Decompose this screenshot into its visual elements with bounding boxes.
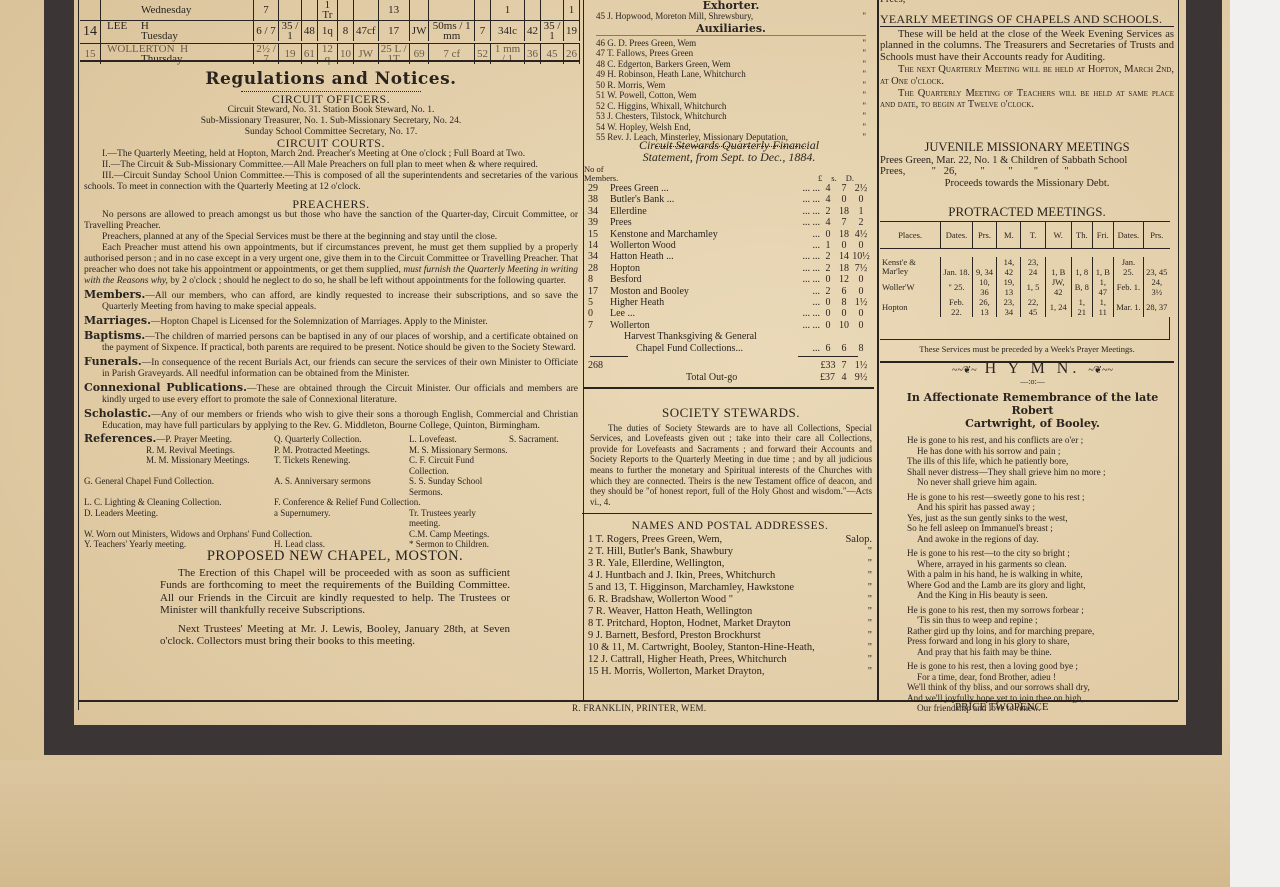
plan-cell: 48 bbox=[301, 21, 317, 42]
protracted-table: Places. Dates. Prs. M. T. W. Th. Fri. Da… bbox=[880, 221, 1170, 340]
hymn-line: Yes, just as the sun gently sinks to the… bbox=[907, 513, 1170, 524]
notice-baptisms: Baptisms.—The children of married person… bbox=[84, 330, 578, 354]
hymn-line: Where, arrayed in his garments so clean. bbox=[907, 559, 1170, 570]
column-header: Places. bbox=[880, 222, 941, 249]
financial-row: 15Kenstone and Marchamley...0184½ bbox=[584, 229, 874, 240]
printer-credit: R. FRANKLIN, PRINTER, WEM. bbox=[572, 703, 706, 714]
references-legend: References.—P. Prayer Meeting. Q. Quarte… bbox=[84, 434, 578, 550]
hymn-line: No never shall grieve him again. bbox=[907, 477, 1170, 488]
pence-header: D. bbox=[846, 174, 854, 183]
plan-cell: 50ms / 1 mm bbox=[429, 21, 475, 42]
list-item: 49 H. Robinson, Heath Lane, Whitchurch" bbox=[596, 69, 866, 80]
hymn-stanza: He is gone to his rest, and his conflict… bbox=[907, 435, 1170, 488]
decorative-border-right bbox=[1186, 0, 1222, 755]
prees-line: Prees, " " bbox=[880, 0, 1174, 6]
financial-row: 7Wollerton... ...0100 bbox=[584, 320, 874, 331]
court-item: II.—The Circuit & Sub-Missionary Committ… bbox=[84, 160, 578, 171]
plan-cell: 1 bbox=[563, 0, 579, 21]
section-title: Regulations and Notices. bbox=[84, 74, 578, 85]
members-label: No of Members. bbox=[584, 165, 624, 183]
row-number bbox=[80, 0, 101, 21]
financial-statement: Circuit Stewards Quarterly Financial Sta… bbox=[584, 140, 874, 389]
court-item: I.—The Quarterly Meeting, held at Hopton… bbox=[84, 149, 578, 160]
column-header: W. bbox=[1045, 222, 1071, 249]
day-cell: Wednesday bbox=[101, 0, 254, 21]
society-stewards-heading: SOCIETY STEWARDS. bbox=[590, 408, 872, 419]
financial-row: 0Lee ...... ...000 bbox=[584, 308, 874, 319]
proposed-chapel-heading: PROPOSED NEW CHAPEL, MOSTON. bbox=[160, 550, 510, 562]
hymn-line: And the King in His beauty is seen. bbox=[907, 590, 1170, 601]
yearly-paragraph: These will be held at the close of the W… bbox=[880, 29, 1174, 64]
preachers-heading: PREACHERS. bbox=[84, 199, 578, 210]
quarterly-meeting-paragraph: The next Quarterly Meeting will be held … bbox=[880, 64, 1174, 88]
column-header: Th. bbox=[1071, 222, 1092, 249]
preachers-paragraph: Each Preacher must attend his own appoin… bbox=[84, 243, 578, 287]
plan-cell: 6 / 7 bbox=[254, 21, 279, 42]
address-item: 9 J. Barnett, Besford, Preston Brockhurs… bbox=[588, 630, 872, 642]
hymn-subtitle: In Affectionate Remembrance of the late … bbox=[895, 391, 1170, 417]
hymn-line: 'Tis sin thus to weep and repine ; bbox=[907, 615, 1170, 626]
plan-cell bbox=[475, 0, 491, 21]
plan-cell bbox=[541, 0, 564, 21]
hymn-line: Rather gird up thy loins, and for marchi… bbox=[907, 626, 1170, 637]
list-item: 47 T. Fallows, Prees Green" bbox=[596, 48, 866, 59]
list-item: 52 C. Higgins, Whixall, Whitchurch" bbox=[596, 101, 866, 112]
officer-line: Circuit Steward, No. 31. Station Book St… bbox=[84, 105, 578, 116]
place-name: LEE HTuesday bbox=[101, 21, 254, 42]
torn-edge bbox=[1230, 0, 1280, 887]
address-item: 4 J. Huntbach and J. Ikin, Prees, Whitch… bbox=[588, 570, 872, 582]
column-header: Fri. bbox=[1092, 222, 1113, 249]
list-item: 48 C. Edgerton, Barkers Green, Wem" bbox=[596, 59, 866, 70]
notice-funerals: Funerals.—In consequence of the recent B… bbox=[84, 356, 578, 380]
column-header: Dates. bbox=[1113, 222, 1143, 249]
exhorter-section: Exhorter. 45 J. Hopwood, Moreton Mill, S… bbox=[596, 0, 866, 150]
hymn-line: Where God and the Lamb are its glory and… bbox=[907, 580, 1170, 591]
financial-row: 17Moston and Booley...260 bbox=[584, 286, 874, 297]
hymn-line: He is gone to his rest—sweetly gone to h… bbox=[907, 492, 1170, 503]
officer-line: Sub-Missionary Treasurer, No. 1. Sub-Mis… bbox=[84, 116, 578, 127]
society-stewards-text: The duties of Society Stewards are to ha… bbox=[590, 423, 872, 508]
juvenile-line: Proceeds towards the Missionary Debt. bbox=[880, 178, 1174, 190]
hymn-subtitle: Cartwright, of Booley. bbox=[895, 417, 1170, 430]
hymn-line: And awoke in the regions of day. bbox=[907, 534, 1170, 545]
yearly-meetings-section: Prees, " " YEARLY MEETINGS OF CHAPELS AN… bbox=[880, 0, 1174, 111]
rule-line bbox=[1178, 0, 1179, 700]
decorative-border-bottom bbox=[44, 725, 1222, 755]
harvest-row: Chapel Fund Collections......668 bbox=[584, 343, 874, 354]
decorative-border-left bbox=[44, 0, 74, 755]
protracted-meetings-section: PROTRACTED MEETINGS. Places. Dates. Prs.… bbox=[880, 206, 1174, 363]
plan-cell: 42 bbox=[525, 21, 541, 42]
financial-row: 28Hopton... ...2187½ bbox=[584, 263, 874, 274]
address-item: 10 & 11, M. Cartwright, Booley, Stanton-… bbox=[588, 642, 872, 654]
plan-table: Wednesday 7 1 Tr 13 1 1 14 LEE HTuesday … bbox=[80, 0, 580, 62]
exhorter-heading: Exhorter. bbox=[596, 0, 866, 11]
column-header: Prs. bbox=[1144, 222, 1170, 249]
price-label: PRICE TWOPENCE bbox=[955, 702, 1049, 713]
rule-line bbox=[78, 0, 79, 710]
hymn-line: Press forward and long in his glory to s… bbox=[907, 636, 1170, 647]
column-header: T. bbox=[1021, 222, 1045, 249]
hymn-stanzas: He is gone to his rest, and his conflict… bbox=[895, 435, 1170, 714]
column-header: Dates. bbox=[941, 222, 972, 249]
hymn-line: We'll think of thy bliss, and our sorrow… bbox=[907, 682, 1170, 693]
yearly-meetings-heading: YEARLY MEETINGS OF CHAPELS AND SCHOOLS. bbox=[880, 14, 1174, 27]
financial-row: 29Prees Green ...... ...472½ bbox=[584, 183, 874, 194]
plan-cell: 47cf bbox=[353, 21, 378, 42]
teachers-meeting-paragraph: The Quarterly Meeting of Teachers will b… bbox=[880, 88, 1174, 112]
plan-cell bbox=[279, 0, 302, 21]
plan-cell: JW bbox=[409, 21, 429, 42]
total-outgo-row: Total Out-go£3749½ bbox=[584, 372, 874, 383]
financial-rows: 29Prees Green ...... ...472½38Butler's B… bbox=[584, 183, 874, 331]
plan-cell bbox=[525, 0, 541, 21]
juvenile-missionary-section: JUVENILE MISSIONARY MEETINGS Prees Green… bbox=[880, 142, 1174, 189]
table-row: Woller'W " 25.10, 3619, 13 1, 5JW, 42B, … bbox=[880, 277, 1170, 297]
hymn-line: He has done with his sorrow and pain ; bbox=[907, 446, 1170, 457]
address-item: 6. R. Bradshaw, Wollerton Wood "" bbox=[588, 594, 872, 606]
hymn-stanza: He is gone to his rest, then my sorrows … bbox=[907, 605, 1170, 658]
hymn-line: And pray that his faith may be thine. bbox=[907, 647, 1170, 658]
plan-cell bbox=[429, 0, 475, 21]
table-row: 14 LEE HTuesday 6 / 7 35 / 1 48 1q 8 47c… bbox=[80, 21, 580, 42]
address-item: 8 T. Pritchard, Hopton, Hodnet, Market D… bbox=[588, 618, 872, 630]
hymn-line: He is gone to his rest, then a loving go… bbox=[907, 661, 1170, 672]
hymn-line: He is gone to his rest, and his conflict… bbox=[907, 435, 1170, 446]
column-header: M. bbox=[997, 222, 1021, 249]
hymn-section: ~~❦~ H Y M N. ~❦~~ —:o:— In Affectionate… bbox=[895, 364, 1170, 718]
notice-members: Members.—All our members, who can afford… bbox=[84, 289, 578, 313]
table-row: Kenst'e & Mar'ley Jan. 18. 9, 34 14, 42 … bbox=[880, 257, 1170, 277]
hymn-divider: —:o:— bbox=[895, 377, 1170, 388]
address-item: 3 R. Yale, Ellerdine, Wellington," bbox=[588, 558, 872, 570]
address-item: 2 T. Hill, Butler's Bank, Shawbury" bbox=[588, 546, 872, 558]
plan-cell: 1 Tr bbox=[317, 0, 337, 21]
plan-cell: 1q bbox=[317, 21, 337, 42]
hymn-heading: ~~❦~ H Y M N. ~❦~~ bbox=[895, 364, 1170, 377]
list-item: 45 J. Hopwood, Moreton Mill, Shrewsbury,… bbox=[596, 11, 866, 22]
table-row: Wednesday 7 1 Tr 13 1 1 bbox=[80, 0, 580, 21]
regulations-section: Regulations and Notices. CIRCUIT OFFICER… bbox=[84, 74, 578, 550]
financial-row: 34Hatton Heath ...... ...21410½ bbox=[584, 251, 874, 262]
plan-cell: 17 bbox=[378, 21, 409, 42]
financial-row: 39Prees... ...472 bbox=[584, 217, 874, 228]
notice-scholastic: Scholastic.—Any of our members or friend… bbox=[84, 408, 578, 432]
hymn-stanza: He is gone to his rest—sweetly gone to h… bbox=[907, 492, 1170, 545]
financial-row: 5Higher Heath...081½ bbox=[584, 297, 874, 308]
hymn-line: He is gone to his rest, then my sorrows … bbox=[907, 605, 1170, 616]
address-item: 1 T. Rogers, Prees Green, Wem,Salop. bbox=[588, 534, 872, 546]
auxiliaries-heading: Auxiliaries. bbox=[596, 23, 866, 34]
juvenile-line: Prees, " 26, " " " " bbox=[880, 166, 1174, 178]
shillings-header: s. bbox=[831, 174, 836, 183]
plan-cell: 35 / 1 bbox=[279, 21, 302, 42]
proposed-chapel-section: PROPOSED NEW CHAPEL, MOSTON. The Erectio… bbox=[160, 550, 510, 647]
row-number: 14 bbox=[80, 21, 101, 44]
plan-cell: 7 bbox=[254, 0, 279, 21]
column-header: Prs. bbox=[972, 222, 997, 249]
financial-row: 38Butler's Bank ...... ...400 bbox=[584, 194, 874, 205]
plan-cell bbox=[409, 0, 429, 21]
circuit-officers-heading: CIRCUIT OFFICERS. bbox=[84, 94, 578, 105]
plan-cell: 7 bbox=[475, 21, 491, 42]
society-stewards-section: SOCIETY STEWARDS. The duties of Society … bbox=[590, 408, 872, 514]
notice-marriages: Marriages.—Hopton Chapel is Licensed for… bbox=[84, 315, 578, 328]
address-item: 15 H. Morris, Wollerton, Market Drayton,… bbox=[588, 666, 872, 678]
hymn-line: The ills of this life, which he patientl… bbox=[907, 456, 1170, 467]
financial-title: Statement, from Sept. to Dec., 1884. bbox=[584, 151, 874, 163]
financial-row: 34Ellerdine... ...2181 bbox=[584, 206, 874, 217]
hymn-line: He is gone to his rest—to the city so br… bbox=[907, 548, 1170, 559]
preachers-paragraph: Preachers, planned at any of the Special… bbox=[84, 232, 578, 243]
hymn-line: Shall never distress—They shall grieve h… bbox=[907, 467, 1170, 478]
hymn-line: So he fell asleep on Immanuel's breast ; bbox=[907, 523, 1170, 534]
plan-cell: 35 / 1 bbox=[541, 21, 564, 42]
addresses-section: NAMES AND POSTAL ADDRESSES. 1 T. Rogers,… bbox=[588, 520, 872, 678]
juvenile-line: Prees Green, Mar. 22, No. 1 & Children o… bbox=[880, 155, 1174, 167]
harvest-row: Harvest Thanksgiving & General bbox=[584, 331, 874, 342]
page-bottom-margin bbox=[0, 760, 1280, 887]
total-income-row: 268£3371½ bbox=[584, 360, 874, 371]
chapel-paragraph: The Erection of this Chapel will be proc… bbox=[160, 567, 510, 616]
plan-cell bbox=[301, 0, 317, 21]
list-item: 54 W. Hopley, Welsh End," bbox=[596, 122, 866, 133]
hymn-line: With a palm in his hand, he is walking i… bbox=[907, 569, 1170, 580]
addresses-heading: NAMES AND POSTAL ADDRESSES. bbox=[588, 520, 872, 532]
address-item: 5 and 13, T. Higginson, Marchamley, Hawk… bbox=[588, 582, 872, 594]
preachers-paragraph: No persons are allowed to preach amongst… bbox=[84, 210, 578, 232]
plan-cell: 34lc bbox=[491, 21, 525, 42]
financial-row: 14Wollerton Wood...100 bbox=[584, 240, 874, 251]
list-item: 50 R. Morris, Wem" bbox=[596, 80, 866, 91]
list-item: 51 W. Powell, Cotton, Wem" bbox=[596, 90, 866, 101]
table-row: Hopton Feb. 22.26, 1323, 34 22, 451, 241… bbox=[880, 297, 1170, 317]
plan-cell: 8 bbox=[337, 21, 353, 42]
protracted-footnote: These Services must be preceded by a Wee… bbox=[880, 344, 1174, 355]
address-item: 7 R. Weaver, Hatton Heath, Wellington" bbox=[588, 606, 872, 618]
column-divider bbox=[877, 0, 879, 700]
plan-cell bbox=[337, 0, 353, 21]
notice-publications: Connexional Publications.—These are obta… bbox=[84, 382, 578, 406]
trustees-meeting-paragraph: Next Trustees' Meeting at Mr. J. Lewis, … bbox=[160, 623, 510, 647]
plan-cell: 19 bbox=[563, 21, 579, 42]
protracted-heading: PROTRACTED MEETINGS. bbox=[880, 206, 1174, 217]
plan-cell bbox=[353, 0, 378, 21]
plan-cell: 1 bbox=[491, 0, 525, 21]
list-item: 46 G. D. Prees Green, Wem" bbox=[596, 38, 866, 49]
financial-row: 8Besford... ...0120 bbox=[584, 274, 874, 285]
pounds-header: £ bbox=[818, 174, 822, 183]
juvenile-heading: JUVENILE MISSIONARY MEETINGS bbox=[880, 142, 1174, 154]
list-item: 53 J. Chesters, Tilstock, Whitchurch" bbox=[596, 111, 866, 122]
hymn-line: And his spirit has passed away ; bbox=[907, 502, 1170, 513]
court-item: III.—Circuit Sunday School Union Committ… bbox=[84, 171, 578, 193]
circuit-courts-heading: CIRCUIT COURTS. bbox=[84, 138, 578, 149]
hymn-stanza: He is gone to his rest—to the city so br… bbox=[907, 548, 1170, 601]
hymn-line: For a time, dear, fond Brother, adieu ! bbox=[907, 672, 1170, 683]
plan-cell: 13 bbox=[378, 0, 409, 21]
address-item: 12 J. Cattrall, Higher Heath, Prees, Whi… bbox=[588, 654, 872, 666]
